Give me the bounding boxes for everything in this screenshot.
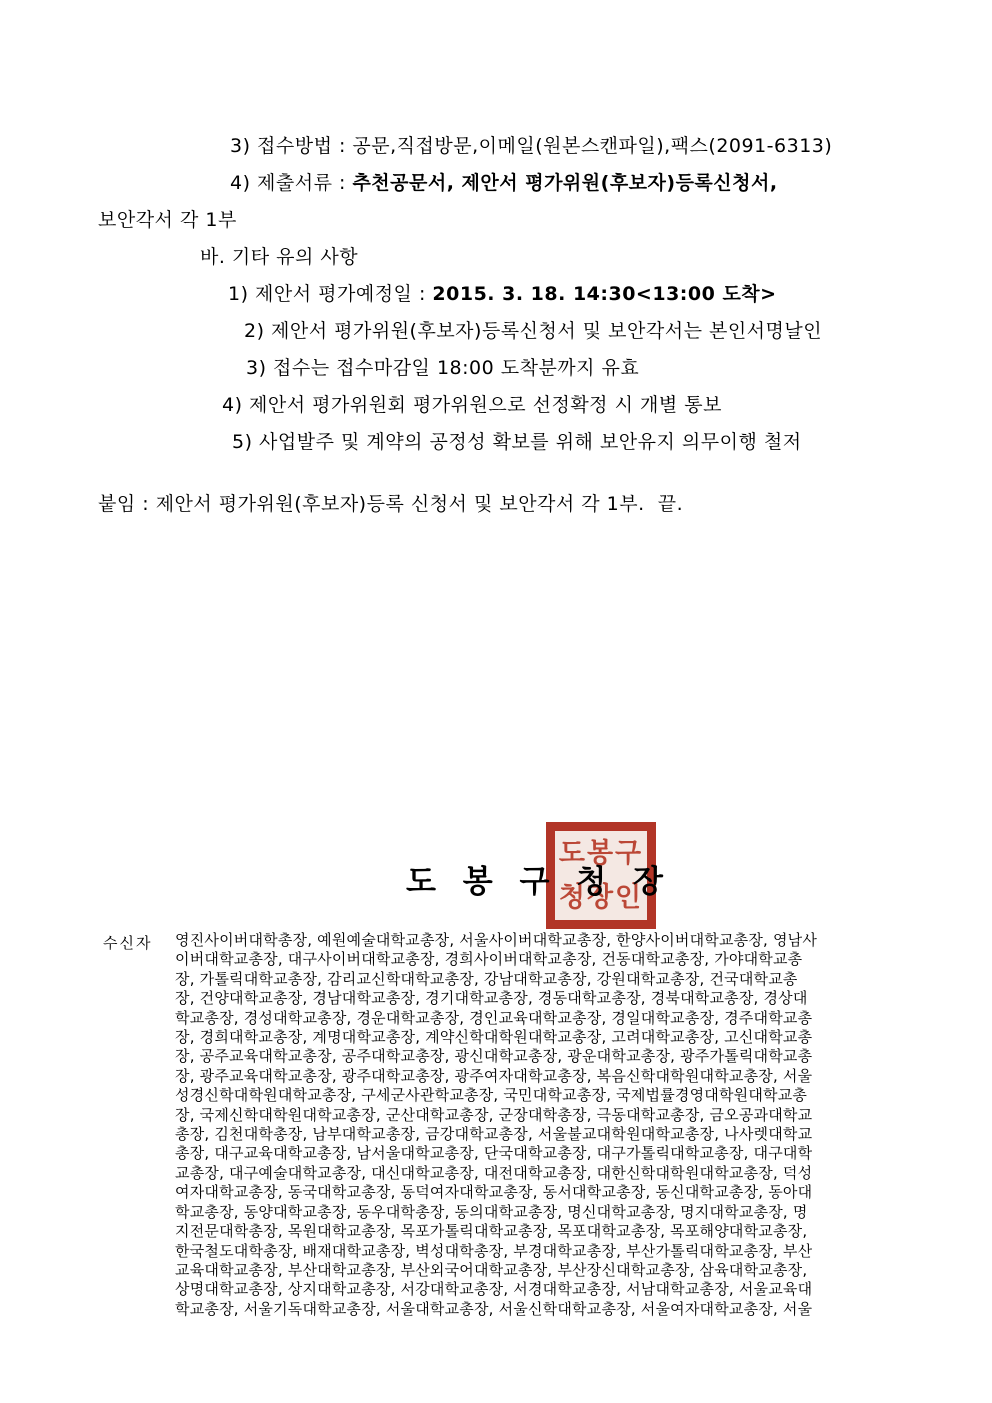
recipient-line: 이버대학교총장, 대구사이버대학교총장, 경희사이버대학교총장, 건동대학교총장…: [175, 950, 935, 969]
recipient-line: 학교총장, 경성대학교총장, 경운대학교총장, 경인교육대학교총장, 경일대학교…: [175, 1009, 935, 1028]
recipient-line: 성경신학대학원대학교총장, 구세군사관학교총장, 국민대학교총장, 국제법률경영…: [175, 1086, 935, 1105]
body-line-selection-notice: 4) 제안서 평가위원회 평가위원으로 선정확정 시 개별 통보: [98, 387, 958, 424]
recipient-line: 상명대학교총장, 상지대학교총장, 서강대학교총장, 서경대학교총장, 서남대학…: [175, 1280, 935, 1299]
document-page: 3) 접수방법 : 공문,직접방문,이메일(원본스캔파일),팩스(2091-63…: [0, 0, 992, 1403]
body-line-submission-docs: 4) 제출서류 : 추천공문서, 제안서 평가위원(후보자)등록신청서,: [98, 165, 958, 202]
attachment-line: 붙임 : 제안서 평가위원(후보자)등록 신청서 및 보안각서 각 1부. 끝.: [98, 486, 958, 523]
recipient-line: 총장, 김천대학총장, 남부대학교총장, 금강대학교총장, 서울불교대학원대학교…: [175, 1125, 935, 1144]
recipients-list: 영진사이버대학총장, 예원예술대학교총장, 서울사이버대학교총장, 한양사이버대…: [175, 931, 935, 1319]
line-text: 3) 접수방법 : 공문,직접방문,이메일(원본스캔파일),팩스(2091-63…: [230, 135, 832, 157]
recipient-line: 지전문대학총장, 목원대학교총장, 목포가톨릭대학교총장, 목포대학교총장, 목…: [175, 1222, 935, 1241]
line-text: 3) 접수는 접수마감일 18:00 도착분까지 유효: [246, 357, 639, 379]
recipient-line: 학교총장, 서울기독대학교총장, 서울대학교총장, 서울신학대학교총장, 서울여…: [175, 1300, 935, 1319]
recipient-line: 장, 공주교육대학교총장, 공주대학교총장, 광신대학교총장, 광운대학교총장,…: [175, 1047, 935, 1066]
recipient-line: 총장, 대구교육대학교총장, 남서울대학교총장, 단국대학교총장, 대구가톨릭대…: [175, 1144, 935, 1163]
recipient-line: 장, 가톨릭대학교총장, 감리교신학대학교총장, 강남대학교총장, 강원대학교총…: [175, 970, 935, 989]
recipient-line: 장, 건양대학교총장, 경남대학교총장, 경기대학교총장, 경동대학교총장, 경…: [175, 989, 935, 1008]
body-line-evaluation-date: 1) 제안서 평가예정일 : 2015. 3. 18. 14:30<13:00 …: [98, 276, 958, 313]
recipient-line: 장, 경희대학교총장, 계명대학교총장, 계약신학대학원대학교총장, 고려대학교…: [175, 1028, 935, 1047]
recipient-line: 여자대학교총장, 동국대학교총장, 동덕여자대학교총장, 동서대학교총장, 동신…: [175, 1183, 935, 1202]
line-text: 1) 제안서 평가예정일 :: [228, 283, 432, 305]
body-line-signature-note: 2) 제안서 평가위원(후보자)등록신청서 및 보안각서는 본인서명날인: [98, 313, 958, 350]
recipient-line: 학교총장, 동양대학교총장, 동우대학총장, 동의대학교총장, 명신대학교총장,…: [175, 1203, 935, 1222]
recipient-line: 장, 국제신학대학원대학교총장, 군산대학교총장, 군장대학총장, 극동대학교총…: [175, 1106, 935, 1125]
issuer-title: 도 봉 구 청 장: [406, 856, 671, 901]
line-text: 2) 제안서 평가위원(후보자)등록신청서 및 보안각서는 본인서명날인: [244, 320, 822, 342]
line-text: 4) 제출서류 :: [230, 172, 352, 194]
body-line-deadline-note: 3) 접수는 접수마감일 18:00 도착분까지 유효: [98, 350, 958, 387]
recipient-line: 교총장, 대구예술대학교총장, 대신대학교총장, 대전대학교총장, 대한신학대학…: [175, 1164, 935, 1183]
recipient-line: 장, 광주교육대학교총장, 광주대학교총장, 광주여자대학교총장, 복음신학대학…: [175, 1067, 935, 1086]
body-line-security-pledge: 보안각서 각 1부: [98, 202, 958, 239]
line-text: 5) 사업발주 및 계약의 공정성 확보를 위해 보안유지 의무이행 철저: [232, 431, 802, 453]
body-line-confidentiality-note: 5) 사업발주 및 계약의 공정성 확보를 위해 보안유지 의무이행 철저: [98, 424, 958, 461]
line-text: 4) 제안서 평가위원회 평가위원으로 선정확정 시 개별 통보: [222, 394, 722, 416]
recipient-line: 영진사이버대학총장, 예원예술대학교총장, 서울사이버대학교총장, 한양사이버대…: [175, 931, 935, 950]
body-line-reception-method: 3) 접수방법 : 공문,직접방문,이메일(원본스캔파일),팩스(2091-63…: [98, 128, 958, 165]
line-text-bold: 추천공문서, 제안서 평가위원(후보자)등록신청서,: [352, 172, 777, 194]
recipients-label: 수신자: [103, 932, 152, 953]
line-text-bold: 2015. 3. 18. 14:30<13:00 도착>: [432, 283, 776, 305]
recipient-line: 교육대학교총장, 부산대학교총장, 부산외국어대학교총장, 부산장신대학교총장,…: [175, 1261, 935, 1280]
line-text: 보안각서 각 1부: [98, 209, 237, 231]
document-body: 3) 접수방법 : 공문,직접방문,이메일(원본스캔파일),팩스(2091-63…: [98, 128, 958, 523]
recipient-line: 한국철도대학총장, 배재대학교총장, 벽성대학총장, 부경대학교총장, 부산가톨…: [175, 1242, 935, 1261]
body-line-other-notes-heading: 바. 기타 유의 사항: [98, 239, 958, 276]
line-text: 바. 기타 유의 사항: [200, 246, 358, 268]
